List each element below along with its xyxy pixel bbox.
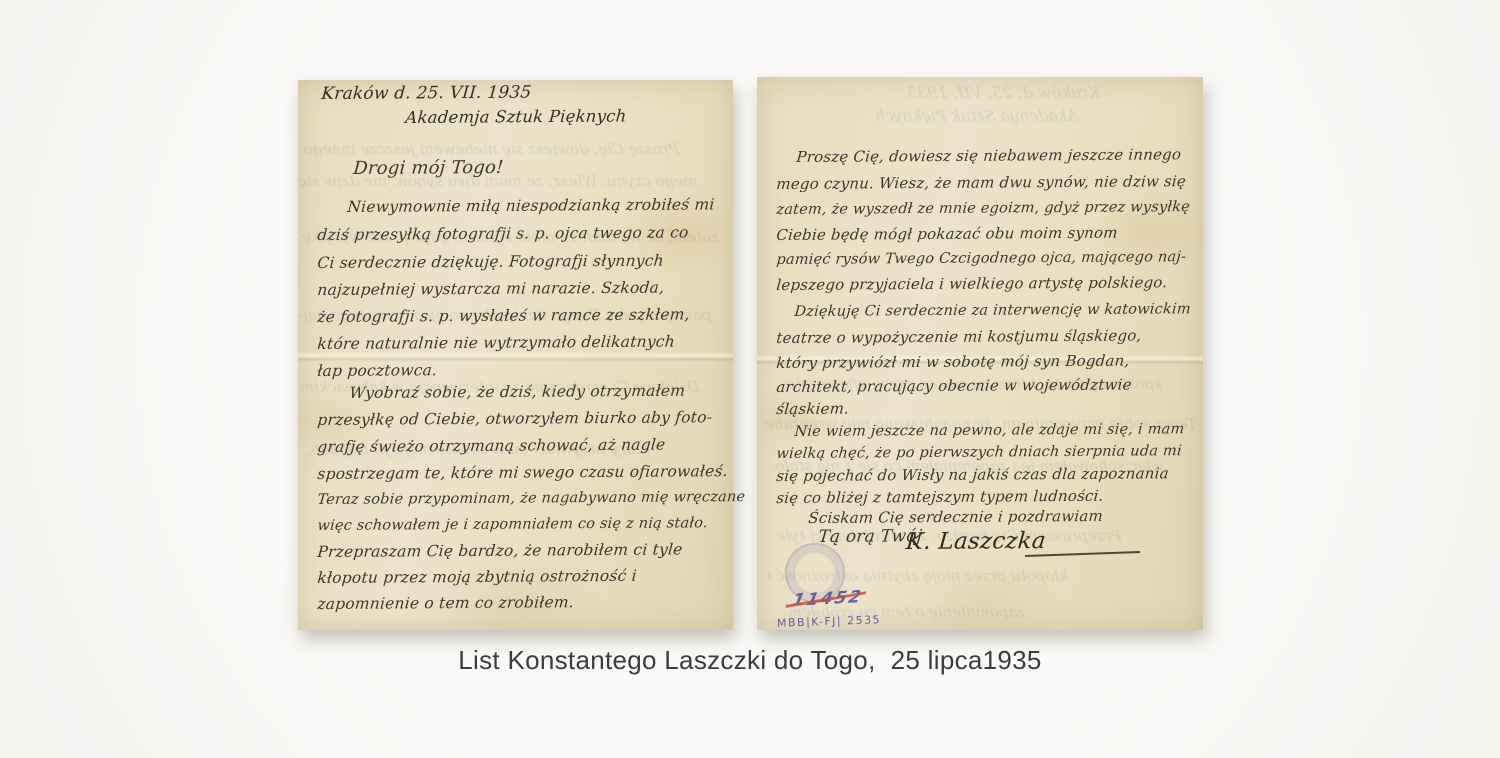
caption: List Konstantego Laszczki do Togo, 25 li… <box>0 645 1500 676</box>
handwritten-line: się pojechać do Wisły na jakiś czas dla … <box>776 466 1170 484</box>
handwritten-line: Przepraszam Cię bardzo, że narobiłem ci … <box>317 542 683 560</box>
letter-page-2: Kraków d. 25. VII. 1935 Akademja Sztuk P… <box>757 77 1203 630</box>
bleed-through-header: Akademja Sztuk Pięknych <box>874 109 1079 125</box>
letter-salutation: Drogi mój Togo! <box>353 159 505 178</box>
handwritten-line: Dziękuję Ci serdecznie za interwencję w … <box>794 302 1191 319</box>
handwritten-line: zatem, że wyszedł ze mnie egoizm, gdyż p… <box>776 200 1191 217</box>
bleed-through-header: Kraków d. 25. VII. 1935 <box>906 85 1101 101</box>
handwritten-line: lepszego przyjaciela i wielkiego artystę… <box>776 275 1168 293</box>
handwritten-line: wielką chęć, że po pierwszych dniach sie… <box>776 444 1182 461</box>
handwritten-line: Nie wiem jeszcze na pewno, ale zdaje mi … <box>794 422 1185 439</box>
handwritten-line: Teraz sobie przypominam, że nagabywano m… <box>317 490 746 507</box>
handwritten-line: kłopotu przez moją zbytnią ostrożność i <box>317 569 638 587</box>
handwritten-line: Proszę Cię, dowiesz się niebawem jeszcze… <box>796 147 1182 165</box>
handwritten-line: mego czynu. Wiesz, że mam dwu synów, nie… <box>776 174 1187 192</box>
crossed-out-number: 11452 <box>791 587 865 611</box>
handwritten-line: śląskiem. <box>776 401 850 417</box>
handwritten-line: że fotografji s. p. wysłałeś w ramce ze … <box>317 307 691 325</box>
handwritten-line: się co bliżej z tamtejszym typem ludnośc… <box>776 489 1104 506</box>
handwritten-line: teatrze o wypożyczenie mi kostjumu śląsk… <box>776 328 1142 346</box>
handwritten-line: Ciebie będę mógł pokazać obu moim synom <box>776 226 1119 243</box>
handwritten-line: więc schowałem je i zapomniałem co się z… <box>317 516 708 533</box>
handwritten-line: Ci serdecznie dziękuję. Fotografji słynn… <box>317 254 665 272</box>
handwritten-line: łap pocztowca. <box>317 363 438 379</box>
handwritten-line: Niewymownie miłą niespodzianką zrobiłeś … <box>347 197 715 215</box>
handwritten-line: zapomnienie o tem co zrobiłem. <box>317 595 575 612</box>
bleed-through-text: Proszę Cię, dowiesz się niebawem jeszcze… <box>303 142 679 157</box>
strikethrough-line <box>786 591 866 607</box>
fold-crease <box>298 352 733 362</box>
letter-page-1: Proszę Cię, dowiesz się niebawem jeszcze… <box>298 80 733 630</box>
handwritten-line: dziś przesyłką fotografji s. p. ojca twe… <box>317 225 689 243</box>
signature: K. Laszczka <box>905 530 1046 554</box>
handwritten-line: który przywiózł mi w sobotę mój syn Bogd… <box>776 354 1130 371</box>
photo-background: Proszę Cię, dowiesz się niebawem jeszcze… <box>0 0 1500 758</box>
handwritten-line: grafję świeżo otrzymaną schować, aż nagl… <box>317 438 666 456</box>
handwritten-line: które naturalnie nie wytrzymało delikatn… <box>317 335 676 353</box>
handwritten-line: Wyobraź sobie, że dziś, kiedy otrzymałem <box>349 384 686 402</box>
letter-place-date: Kraków d. 25. VII. 1935 <box>321 85 532 103</box>
letter-closing: Ściskam Cię serdecznie i pozdrawiam <box>808 509 1104 526</box>
handwritten-line: spostrzegam te, które mi swego czasu ofi… <box>317 464 729 482</box>
letter-institution: Akademja Sztuk Pięknych <box>405 108 627 126</box>
handwritten-line: najzupełniej wystarcza mi narazie. Szkod… <box>317 281 665 299</box>
inventory-number: MBB|K-FJ| 2535 <box>777 613 881 630</box>
handwritten-line: pamięć rysów Twego Czcigodnego ojca, maj… <box>776 250 1187 267</box>
handwritten-line: przesyłkę od Ciebie, otworzyłem biurko a… <box>317 410 713 428</box>
handwritten-line: architekt, pracujący obecnie w województ… <box>776 378 1133 395</box>
